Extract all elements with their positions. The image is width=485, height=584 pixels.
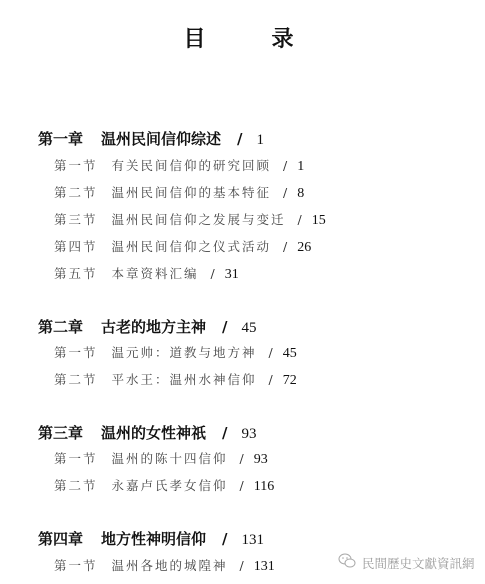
toc-section[interactable]: 第一节温州各地的城隍神/131 bbox=[54, 556, 275, 575]
chapter-number: 第三章 bbox=[38, 424, 83, 442]
separator: / bbox=[237, 130, 242, 148]
separator: / bbox=[222, 530, 227, 548]
section-number: 第四节 bbox=[54, 239, 98, 254]
section-number: 第三节 bbox=[54, 212, 98, 227]
section-number: 第一节 bbox=[54, 558, 98, 573]
page-number: 31 bbox=[225, 267, 239, 282]
toc-section[interactable]: 第一节有关民间信仰的研究回顾/1 bbox=[54, 156, 304, 175]
toc-section[interactable]: 第二节永嘉卢氏孝女信仰/116 bbox=[54, 476, 274, 495]
page-number: 45 bbox=[283, 346, 297, 361]
watermark: 民間歷史文獻資訊網 bbox=[338, 553, 475, 572]
separator: / bbox=[298, 212, 302, 227]
page-number: 8 bbox=[297, 186, 304, 201]
toc-section[interactable]: 第二节平水王：温州水神信仰/72 bbox=[54, 370, 297, 389]
section-title: 有关民间信仰的研究回顾 bbox=[112, 158, 272, 173]
separator: / bbox=[211, 266, 215, 281]
section-number: 第一节 bbox=[54, 158, 98, 173]
page-number: 15 bbox=[312, 213, 326, 228]
page-number: 45 bbox=[242, 320, 257, 336]
chapter-title: 地方性神明信仰 bbox=[101, 530, 206, 548]
chapter-title: 温州的女性神祇 bbox=[101, 424, 206, 442]
page-number: 93 bbox=[242, 426, 257, 442]
separator: / bbox=[283, 185, 287, 200]
page-title: 目 录 bbox=[0, 22, 485, 53]
section-number: 第二节 bbox=[54, 478, 98, 493]
section-number: 第二节 bbox=[54, 372, 98, 387]
section-title: 温元帅：道教与地方神 bbox=[112, 345, 257, 360]
section-title: 温州各地的城隍神 bbox=[112, 558, 228, 573]
section-title: 平水王：温州水神信仰 bbox=[112, 372, 257, 387]
page-number: 26 bbox=[297, 240, 311, 255]
section-number: 第二节 bbox=[54, 185, 98, 200]
separator: / bbox=[240, 558, 244, 573]
section-title: 温州民间信仰之发展与变迁 bbox=[112, 212, 286, 227]
toc-chapter[interactable]: 第二章古老的地方主神/45 bbox=[38, 316, 257, 337]
wechat-icon bbox=[338, 553, 356, 572]
separator: / bbox=[222, 424, 227, 442]
page-number: 1 bbox=[297, 159, 304, 174]
chapter-title: 古老的地方主神 bbox=[101, 318, 206, 336]
separator: / bbox=[283, 239, 287, 254]
toc-section[interactable]: 第二节温州民间信仰的基本特征/8 bbox=[54, 183, 304, 202]
separator: / bbox=[240, 451, 244, 466]
toc-section[interactable]: 第三节温州民间信仰之发展与变迁/15 bbox=[54, 210, 326, 229]
page-number: 131 bbox=[242, 532, 265, 548]
section-title: 温州民间信仰的基本特征 bbox=[112, 185, 272, 200]
separator: / bbox=[222, 318, 227, 336]
separator: / bbox=[283, 158, 287, 173]
section-title: 永嘉卢氏孝女信仰 bbox=[112, 478, 228, 493]
separator: / bbox=[240, 478, 244, 493]
section-number: 第五节 bbox=[54, 266, 98, 281]
section-title: 本章资料汇编 bbox=[112, 266, 199, 281]
watermark-text: 民間歷史文獻資訊網 bbox=[362, 554, 475, 572]
page-number: 72 bbox=[283, 373, 297, 388]
toc-chapter[interactable]: 第四章地方性神明信仰/131 bbox=[38, 528, 264, 549]
toc-section[interactable]: 第四节温州民间信仰之仪式活动/26 bbox=[54, 237, 311, 256]
toc-chapter[interactable]: 第三章温州的女性神祇/93 bbox=[38, 422, 257, 443]
chapter-number: 第一章 bbox=[38, 130, 83, 148]
page-number: 93 bbox=[254, 452, 268, 467]
section-title: 温州的陈十四信仰 bbox=[112, 451, 228, 466]
toc-section[interactable]: 第一节温元帅：道教与地方神/45 bbox=[54, 343, 297, 362]
toc-section[interactable]: 第五节本章资料汇编/31 bbox=[54, 264, 239, 283]
section-number: 第一节 bbox=[54, 451, 98, 466]
toc-chapter[interactable]: 第一章温州民间信仰综述/1 bbox=[38, 128, 264, 149]
chapter-number: 第四章 bbox=[38, 530, 83, 548]
section-title: 温州民间信仰之仪式活动 bbox=[112, 239, 272, 254]
separator: / bbox=[269, 372, 273, 387]
chapter-number: 第二章 bbox=[38, 318, 83, 336]
chapter-title: 温州民间信仰综述 bbox=[101, 130, 221, 148]
section-number: 第一节 bbox=[54, 345, 98, 360]
separator: / bbox=[269, 345, 273, 360]
page-number: 116 bbox=[254, 479, 274, 494]
page-number: 131 bbox=[254, 559, 275, 574]
toc-section[interactable]: 第一节温州的陈十四信仰/93 bbox=[54, 449, 268, 468]
page-number: 1 bbox=[257, 132, 265, 148]
